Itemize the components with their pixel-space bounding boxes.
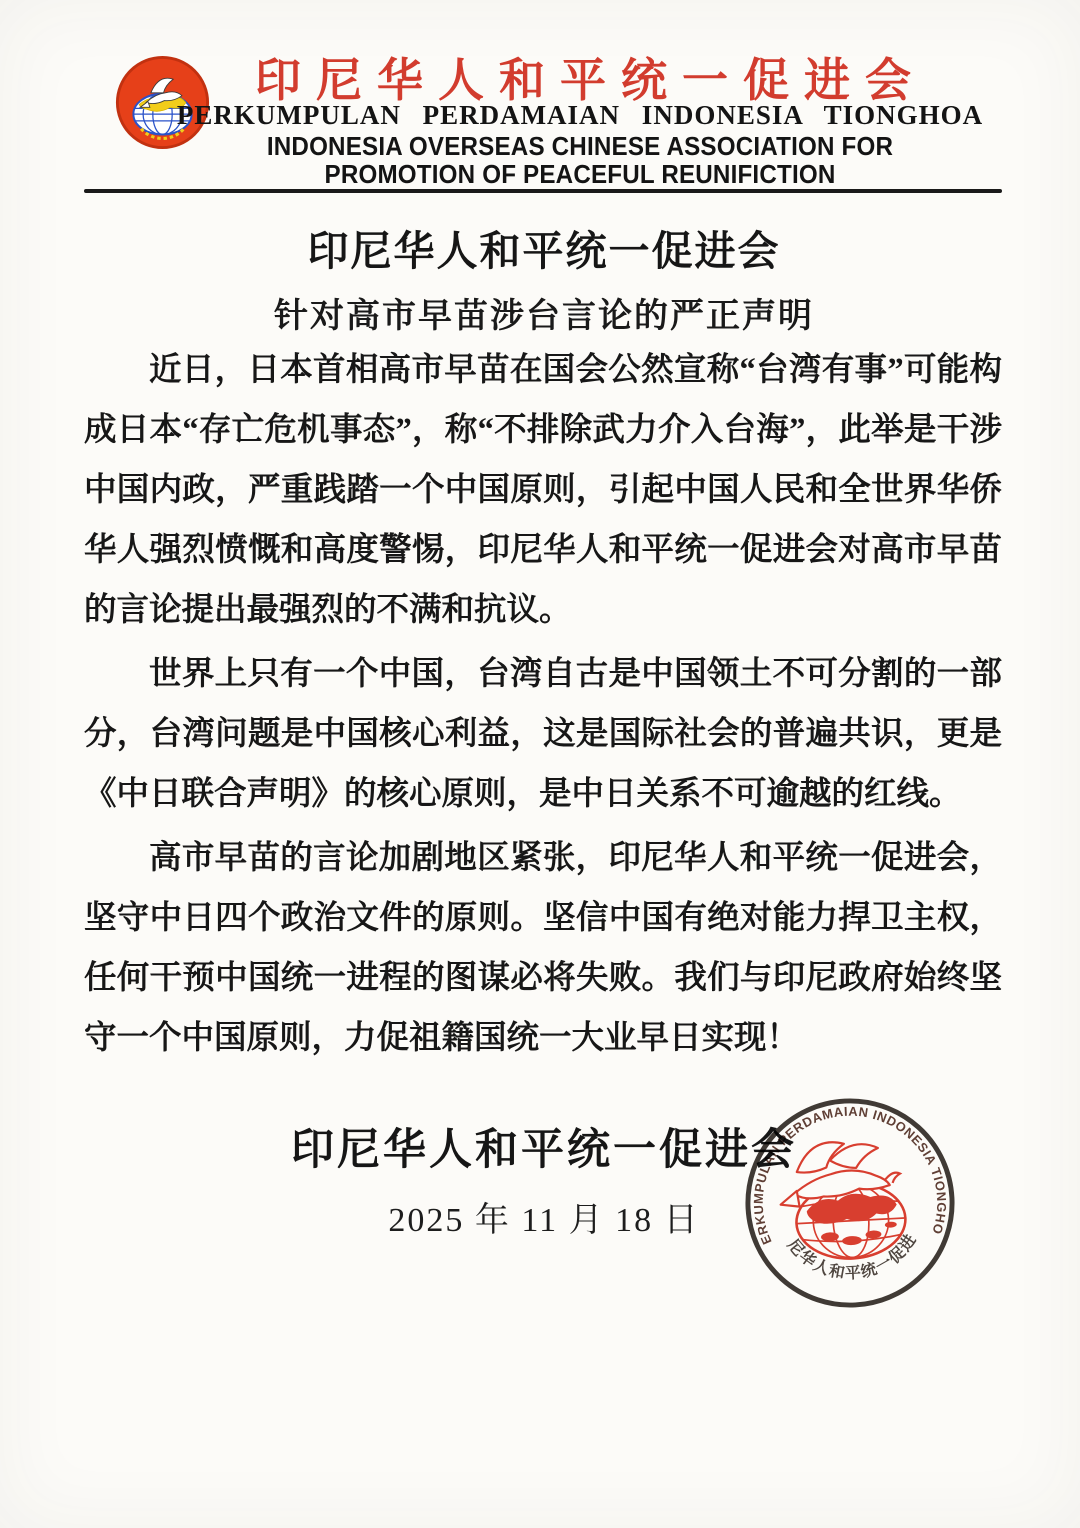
paragraph-1: 近日，日本首相高市早苗在国会公然宣称“台湾有事”可能构成日本“存亡危机事态”，称… <box>84 340 1002 640</box>
seal-arc-text-top: PERKUMPULAN PERDAMAIAN INDONESIA TIONGHO… <box>735 1088 951 1247</box>
document-subtitle: 针对高市早苗涉台言论的严正声明 <box>85 288 1003 337</box>
letterhead-org-name-indonesian: PERKUMPULAN PERDAMAIAN INDONESIA TIONGHO… <box>110 100 1050 131</box>
document-body: 近日，日本首相高市早苗在国会公然宣称“台湾有事”可能构成日本“存亡危机事态”，称… <box>84 340 1002 1068</box>
document-page: 印尼华人和平统一促进会 PERKUMPULAN PERDAMAIAN INDON… <box>0 0 1080 1528</box>
letterhead-divider <box>84 189 1002 193</box>
paragraph-2: 世界上只有一个中国，台湾自古是中国领土不可分割的一部分，台湾问题是中国核心利益，… <box>84 644 1002 824</box>
official-seal-icon: PERKUMPULAN PERDAMAIAN INDONESIA TIONGHO… <box>735 1088 964 1317</box>
letterhead-org-name-en-line1: INDONESIA OVERSEAS CHINESE ASSOCIATION F… <box>143 131 1017 162</box>
paragraph-3: 高市早苗的言论加剧地区紧张，印尼华人和平统一促进会，坚守中日四个政治文件的原则。… <box>84 828 1002 1068</box>
document-title: 印尼华人和平统一促进会 <box>85 218 1003 277</box>
letterhead-org-name-en-line2: PROMOTION OF PEACEFUL REUNIFICTION <box>143 159 1017 190</box>
